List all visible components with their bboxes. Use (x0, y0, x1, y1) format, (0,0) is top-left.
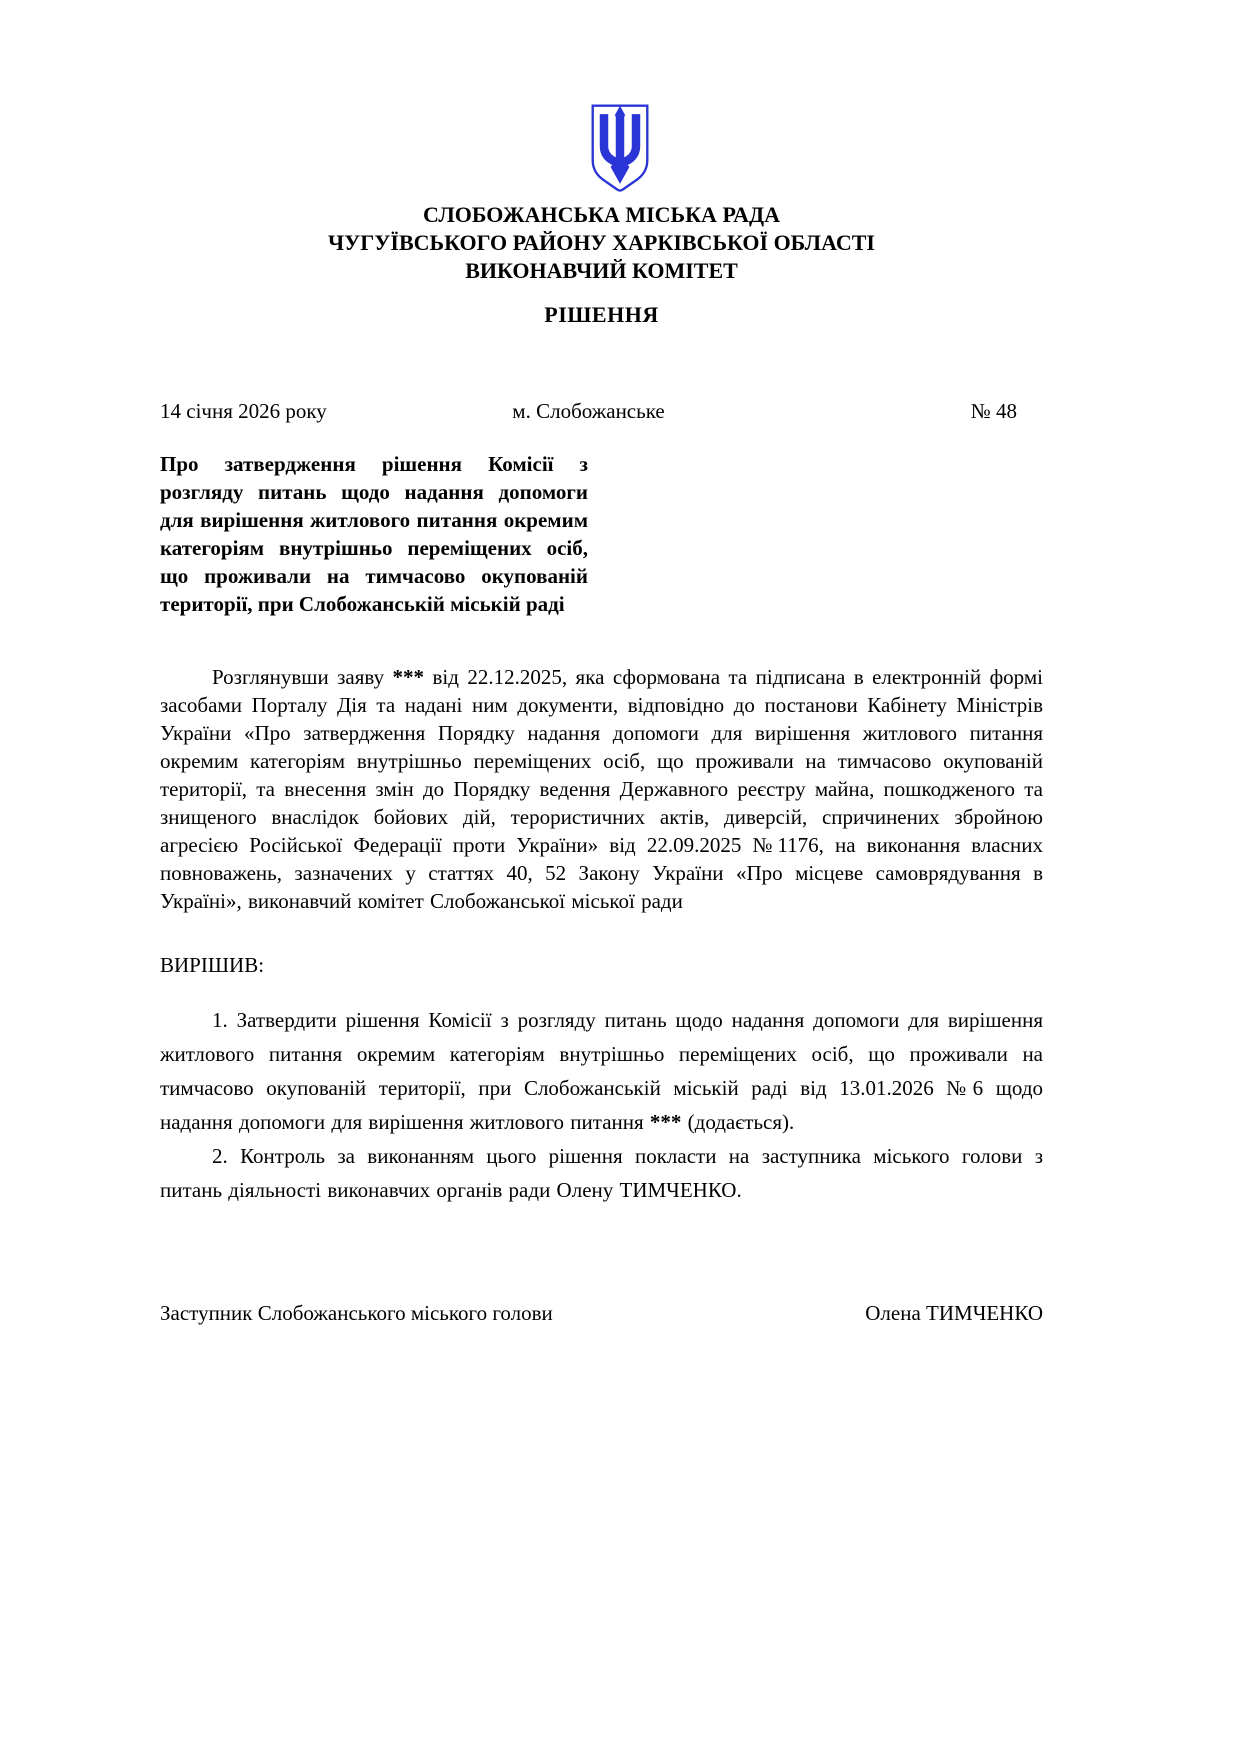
resolution-items: 1. Затвердити рішення Комісії з розгляду… (160, 1003, 1043, 1207)
document-content: СЛОБОЖАНСЬКА МІСЬКА РАДА ЧУГУЇВСЬКОГО РА… (160, 201, 1043, 1327)
document-place: м. Слобожанське (512, 397, 664, 425)
document-type-title: РІШЕННЯ (160, 301, 1043, 329)
signature-row: Заступник Слобожанського міського голови… (160, 1299, 1043, 1327)
meta-row: 14 січня 2026 року м. Слобожанське № 48 (160, 397, 1043, 425)
signature-name: Олена ТИМЧЕНКО (865, 1299, 1043, 1327)
item1-text-start: 1. Затвердити рішення Комісії з розгляду… (160, 1008, 1043, 1134)
document-page: СЛОБОЖАНСЬКА МІСЬКА РАДА ЧУГУЇВСЬКОГО РА… (0, 0, 1240, 1754)
preamble-paragraph: Розглянувши заяву *** від 22.12.2025, як… (160, 663, 1043, 915)
redacted-applicant-stars: *** (650, 1110, 682, 1134)
resolution-item-1: 1. Затвердити рішення Комісії з розгляду… (160, 1003, 1043, 1139)
preamble-text-end: від 22.12.2025, яка сформована та підпис… (160, 665, 1043, 913)
preamble-text-start: Розглянувши заяву (212, 665, 393, 689)
ukraine-trident-icon (588, 103, 652, 195)
org-name-line1: СЛОБОЖАНСЬКА МІСЬКА РАДА (160, 201, 1043, 229)
org-name-line3: ВИКОНАВЧИЙ КОМІТЕТ (160, 257, 1043, 285)
document-number: № 48 (665, 397, 1043, 425)
coat-of-arms-emblem (0, 103, 1240, 195)
org-name-line2: ЧУГУЇВСЬКОГО РАЙОНУ ХАРКІВСЬКОЇ ОБЛАСТІ (160, 229, 1043, 257)
resolved-label: ВИРІШИВ: (160, 951, 1043, 979)
resolution-item-2: 2. Контроль за виконанням цього рішення … (160, 1139, 1043, 1207)
item1-text-end: (додається). (681, 1110, 794, 1134)
subject-paragraph: Про затвердження рішення Комісії з розгл… (160, 450, 588, 618)
document-date: 14 січня 2026 року (160, 397, 512, 425)
org-header: СЛОБОЖАНСЬКА МІСЬКА РАДА ЧУГУЇВСЬКОГО РА… (160, 201, 1043, 285)
signature-position: Заступник Слобожанського міського голови (160, 1299, 553, 1327)
redacted-applicant-stars: *** (393, 665, 425, 689)
